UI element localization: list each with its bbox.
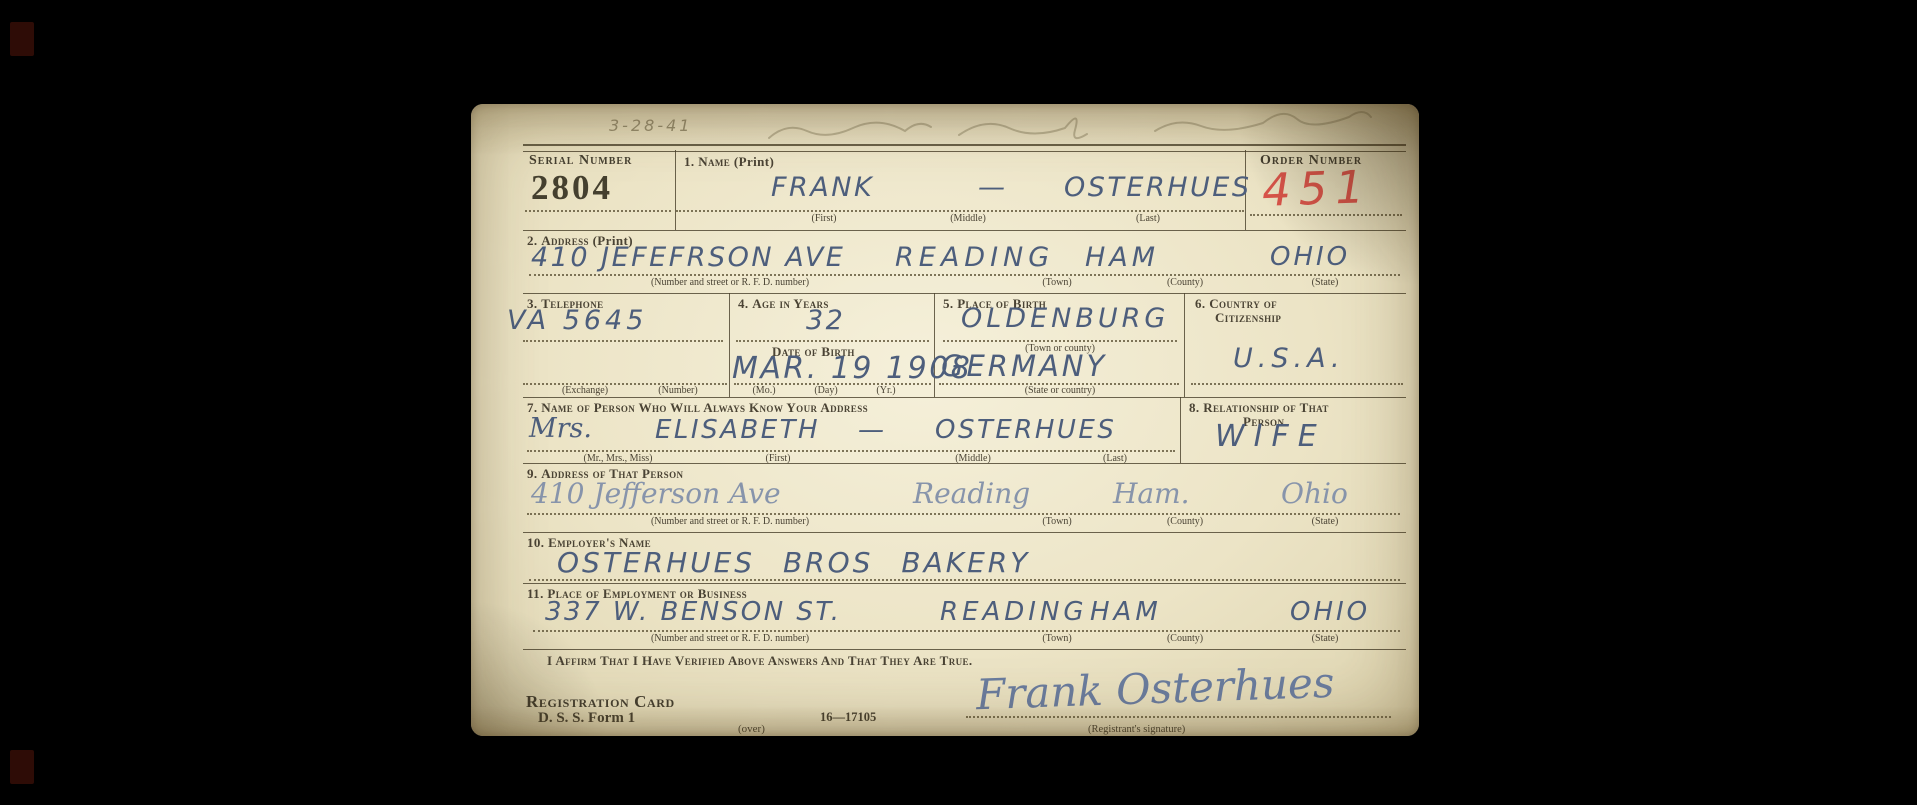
contact-address-state-value: Ohio [1281, 477, 1348, 510]
contact-address-county-value: Ham. [1113, 477, 1190, 510]
sub-label-state-or-country: (State or country) [1025, 385, 1096, 396]
affirmation-statement: I Affirm That I Have Verified Above Answ… [547, 653, 973, 669]
employer-value: OSTERHUES BROS BAKERY [557, 546, 1030, 579]
sub-label-mo: (Mo.) [752, 385, 775, 396]
age-box: 4. Age in Years 32 Date of Birth MAR. 19… [729, 293, 935, 397]
age-value: 32 [806, 305, 845, 336]
name-box: 1. Name (Print) FRANK — OSTERHUES (First… [675, 150, 1246, 230]
serial-number-label: Serial Number [529, 153, 632, 169]
employment-street-value: 337 W. BENSON ST. [545, 597, 841, 627]
employment-town-value: READING [940, 597, 1088, 627]
form-name: D. S. S. Form 1 [538, 710, 635, 727]
citizenship-dotted-line [1191, 383, 1403, 385]
employment-state-value: OHIO [1290, 597, 1370, 627]
sub-label-state: (State) [1312, 277, 1339, 288]
address-state-value: OHIO [1270, 242, 1350, 272]
signature-label: (Registrant's signature) [1088, 724, 1185, 735]
sub-label-county: (County) [1167, 633, 1203, 644]
sub-label-town: (Town) [1042, 516, 1071, 527]
row-address: 2. Address (Print) 410 JEFEFRSON AVE REA… [523, 230, 1406, 294]
over-note: (over) [738, 723, 765, 735]
sub-label-town: (Town) [1042, 277, 1071, 288]
form-title: Registration Card [526, 692, 675, 712]
contact-dotted-line [527, 450, 1175, 452]
citizenship-box: 6. Country of Citizenship U.S.A. [1184, 293, 1407, 397]
sub-label-day: (Day) [814, 385, 837, 396]
address-county-value: HAM [1085, 242, 1159, 273]
row-contact-relationship: 7. Name of Person Who Will Always Know Y… [523, 397, 1406, 464]
order-number-value: 451 [1261, 160, 1373, 217]
place-of-birth-box: 5. Place of Birth OLDENBURG (Town or cou… [934, 293, 1185, 397]
sub-label-town: (Town) [1042, 633, 1071, 644]
row-employment-place: 11. Place of Employment or Business 337 … [523, 583, 1406, 650]
row-serial-name-order: Serial Number 2804 1. Name (Print) FRANK… [523, 150, 1406, 231]
address-town-value: READING [895, 242, 1054, 273]
address-dotted-line [529, 274, 1400, 276]
date-of-birth-value: MAR. 19 1908 [732, 351, 972, 386]
order-number-box: Order Number 451 [1245, 150, 1407, 230]
telephone-dotted-line [523, 340, 723, 342]
birth-town-value: OLDENBURG [961, 303, 1169, 334]
address-street-value: 410 JEFEFRSON AVE [531, 242, 845, 273]
name-last-value: OSTERHUES [1064, 172, 1251, 203]
print-code: 16—17105 [820, 710, 876, 725]
serial-number-value: 2804 [531, 168, 613, 208]
contact-person-box: 7. Name of Person Who Will Always Know Y… [523, 397, 1180, 463]
sub-label-state: (State) [1312, 633, 1339, 644]
sub-label-county: (County) [1167, 516, 1203, 527]
citizenship-label-line2: Citizenship [1215, 310, 1281, 326]
sub-label-street: (Number and street or R. F. D. number) [651, 516, 809, 527]
registration-card: 3-28-41 Serial Number 2804 1. Name (Prin… [471, 104, 1419, 736]
sub-label-state: (State) [1312, 516, 1339, 527]
row-telephone-age-birth-citizenship: 3. Telephone VA 5645 (Exchange) (Number)… [523, 293, 1406, 398]
telephone-box: 3. Telephone VA 5645 (Exchange) (Number) [523, 293, 729, 397]
row-contact-address: 9. Address of That Person 410 Jefferson … [523, 463, 1406, 533]
sub-label-yr: (Yr.) [876, 385, 895, 396]
contact-first-value: ELISABETH [655, 415, 820, 445]
employer-dotted-line [529, 579, 1400, 581]
birth-country-value: GERMANY [941, 349, 1107, 383]
pencil-date-note: 3-28-41 [609, 116, 692, 135]
birth-town-dotted-line [943, 340, 1177, 342]
sub-label-last: (Last) [1136, 213, 1160, 224]
name-dotted-line [676, 210, 1244, 212]
contact-title-value: Mrs. [529, 413, 592, 444]
contact-middle-value: — [858, 415, 887, 445]
name-first-value: FRANK [771, 172, 874, 203]
sub-label-middle: (Middle) [950, 213, 986, 224]
contact-address-town-value: Reading [913, 477, 1030, 510]
citizenship-value: U.S.A. [1233, 343, 1345, 374]
name-middle-value: — [978, 172, 1008, 203]
photo-background: 3-28-41 Serial Number 2804 1. Name (Prin… [0, 0, 1917, 805]
sub-label-exchange: (Exchange) [562, 385, 608, 396]
age-dotted-line [736, 340, 929, 342]
film-frame-mark-bottom [10, 750, 34, 784]
sub-label-number: (Number) [658, 385, 697, 396]
sub-label-first: (First) [812, 213, 837, 224]
relationship-box: 8. Relationship of That Person WIFE [1180, 397, 1407, 463]
serial-number-box: Serial Number 2804 [523, 150, 675, 230]
employment-county-value: HAM [1090, 597, 1162, 627]
contact-last-value: OSTERHUES [935, 415, 1116, 445]
relationship-value: WIFE [1215, 419, 1326, 454]
sub-label-street: (Number and street or R. F. D. number) [651, 633, 809, 644]
registrant-signature: Frank Osterhues [975, 658, 1335, 719]
film-frame-mark-top [10, 22, 34, 56]
name-label: 1. Name (Print) [684, 154, 774, 170]
telephone-value: VA 5645 [507, 305, 647, 336]
serial-dotted-line [525, 210, 671, 212]
sub-label-county: (County) [1167, 277, 1203, 288]
contact-address-dotted-line [527, 513, 1400, 515]
sub-label-street: (Number and street or R. F. D. number) [651, 277, 809, 288]
row-employer: 10. Employer's Name OSTERHUES BROS BAKER… [523, 532, 1406, 584]
employment-dotted-line [533, 630, 1400, 632]
contact-address-street-value: 410 Jefferson Ave [531, 477, 781, 510]
